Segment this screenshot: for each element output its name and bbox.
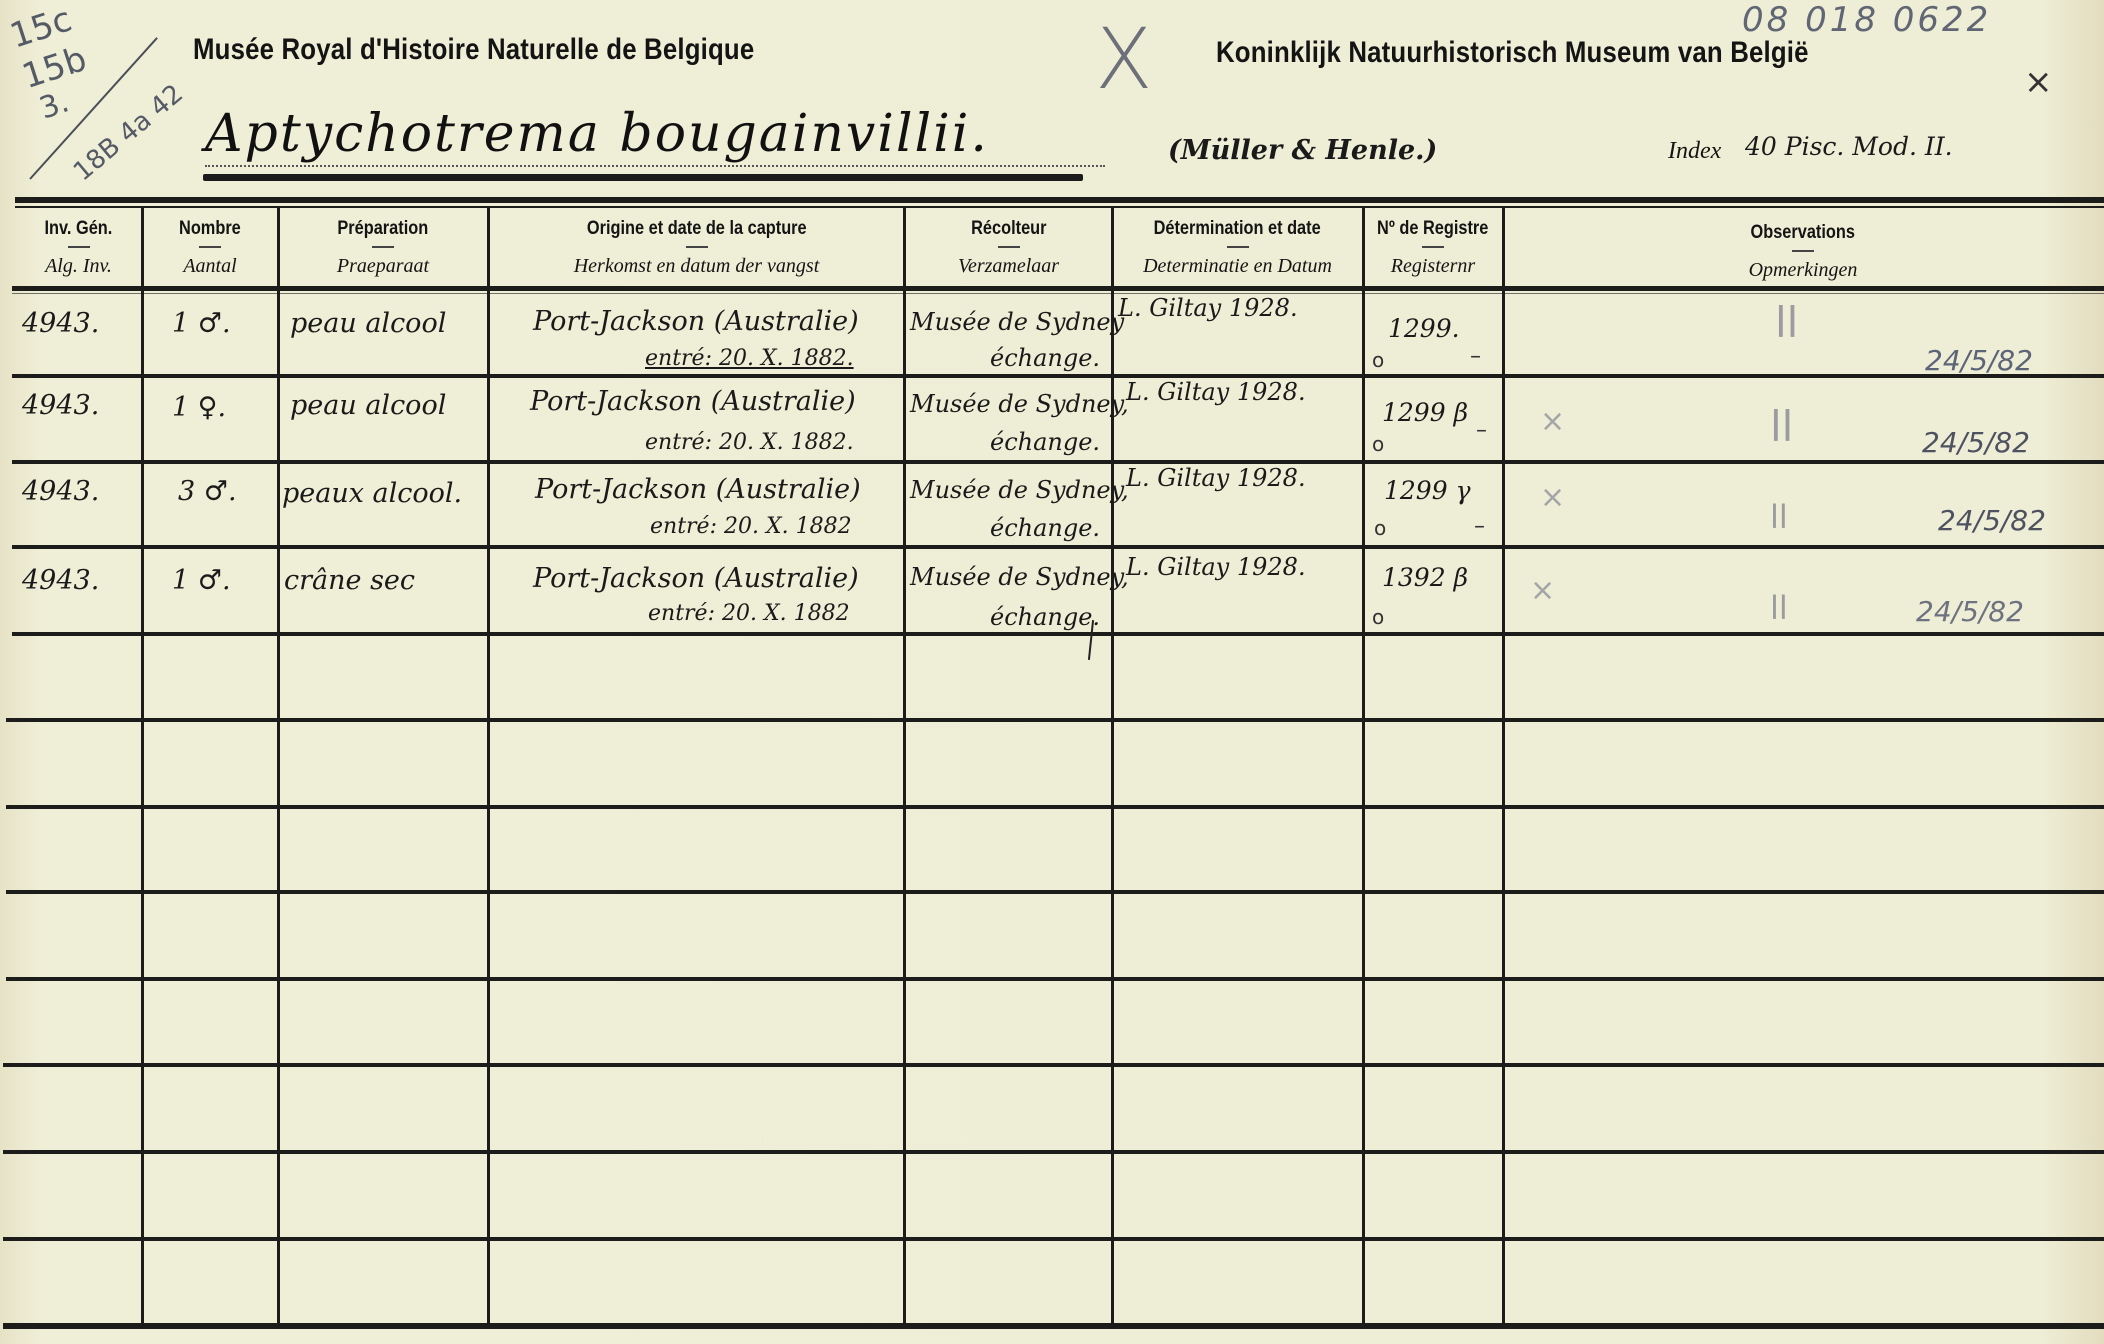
register-number: 1299 β — [1382, 398, 1468, 427]
collector-note: échange. — [990, 603, 1100, 631]
specimen-count: 1 ♂. — [172, 565, 231, 596]
specimen-count: 3 ♂. — [178, 476, 237, 507]
header-separator — [1227, 246, 1249, 248]
table-row: 4943. 1 ♀. peau alcool Port-Jackson (Aus… — [0, 378, 2104, 460]
column-header-count: Nombre Aantal — [142, 218, 278, 278]
inv-number: 4943. — [22, 390, 99, 421]
species-author: (Müller & Henle.) — [1168, 135, 1437, 166]
determination: L. Giltay 1928. — [1126, 464, 1306, 492]
header-separator — [68, 246, 90, 248]
inv-number: 4943. — [22, 308, 99, 339]
register-circle-mark: o — [1372, 605, 1384, 629]
origin-date: entré: 20. X. 1882 — [648, 601, 850, 626]
column-header-register: Nº de Registre Registernr — [1363, 218, 1503, 278]
register-dash-mark: – — [1470, 344, 1481, 369]
register-circle-mark: o — [1374, 516, 1386, 540]
column-header-observations: Observations Opmerkingen — [1503, 222, 2103, 282]
collector-note: échange. — [990, 344, 1100, 372]
row-rule — [6, 977, 2104, 981]
collector-note: échange. — [990, 514, 1100, 542]
collector: Musée de Sydney, — [910, 390, 1129, 418]
species-dotted-line — [205, 165, 1105, 167]
header-separator — [199, 246, 221, 248]
header-separator — [1422, 246, 1444, 248]
origin-date: entré: 20. X. 1882. — [645, 346, 854, 371]
margin-note-3: 3. — [35, 84, 73, 126]
column-header-inv-nl: Alg. Inv. — [15, 254, 142, 278]
row-rule — [6, 890, 2104, 894]
index-value: 40 Pisc. Mod. II. — [1745, 132, 1953, 161]
inv-number: 4943. — [22, 476, 99, 507]
collector: Musée de Sydney, — [910, 563, 1129, 591]
header-separator — [998, 246, 1020, 248]
specimen-count: 1 ♀. — [172, 392, 226, 423]
observation-ticks: ll — [1770, 498, 1788, 536]
origin-location: Port-Jackson (Australie) — [533, 563, 859, 594]
table-top-rule — [15, 197, 2104, 203]
column-header-observations-fr: Observations — [1751, 222, 1855, 245]
origin-date: entré: 20. X. 1882 — [650, 514, 852, 539]
row-rule — [12, 632, 2104, 636]
column-header-observations-nl: Opmerkingen — [1503, 258, 2103, 282]
column-header-determination-nl: Determinatie en Datum — [1112, 254, 1363, 278]
species-name: Aptychotrema bougainvillii. — [205, 104, 989, 164]
row-rule — [3, 1237, 2104, 1241]
observation-date: 24/5/82 — [1938, 504, 2046, 537]
column-header-preparation: Préparation Praeparaat — [278, 218, 488, 278]
institution-title-nl: Koninklijk Natuurhistorisch Museum van B… — [1216, 36, 1809, 70]
index-label: Index — [1668, 138, 1721, 165]
column-header-origin-fr: Origine et date de la capture — [587, 218, 807, 241]
register-circle-mark: o — [1372, 348, 1384, 372]
column-header-collector-nl: Verzamelaar — [905, 254, 1112, 278]
preparation: peau alcool — [290, 390, 446, 421]
table-row: 4943. 1 ♂. crâne sec Port-Jackson (Austr… — [0, 549, 2104, 632]
column-header-origin: Origine et date de la capture Herkomst e… — [488, 218, 905, 278]
column-header-determination-fr: Détermination et date — [1154, 218, 1321, 241]
row-rule — [6, 718, 2104, 722]
collector-note: échange. — [990, 428, 1100, 456]
column-header-collector-fr: Récolteur — [971, 218, 1046, 241]
observation-ticks: ll — [1775, 298, 1798, 347]
row-rule — [3, 1063, 2104, 1067]
observation-ticks: ll — [1770, 402, 1793, 451]
catalog-number: 08 018 0622 — [1742, 0, 1991, 40]
column-header-register-fr: Nº de Registre — [1377, 218, 1488, 241]
x-mark-right: × — [2024, 62, 2053, 102]
preparation: peaux alcool. — [282, 478, 462, 509]
determination: L. Giltay 1928. — [1126, 378, 1306, 406]
header-separator — [1792, 250, 1814, 252]
column-header-origin-nl: Herkomst en datum der vangst — [488, 254, 905, 278]
observation-date: 24/5/82 — [1922, 426, 2030, 459]
observation-date: 24/5/82 — [1916, 595, 2024, 628]
column-header-inv: Inv. Gén. Alg. Inv. — [15, 218, 142, 278]
table-bottom-rule — [3, 1323, 2104, 1329]
register-circle-mark: o — [1372, 432, 1384, 456]
column-header-inv-fr: Inv. Gén. — [45, 218, 113, 241]
origin-location: Port-Jackson (Australie) — [530, 386, 856, 417]
column-header-preparation-fr: Préparation — [338, 218, 429, 241]
origin-date: entré: 20. X. 1882. — [645, 430, 854, 455]
header-separator — [372, 246, 394, 248]
origin-location: Port-Jackson (Australie) — [533, 306, 859, 337]
observation-x-mark: × — [1530, 573, 1555, 608]
row-rule — [3, 1150, 2104, 1154]
table-top-rule-thin — [15, 206, 2104, 208]
inv-number: 4943. — [22, 565, 99, 596]
institution-title-fr: Musée Royal d'Histoire Naturelle de Belg… — [193, 33, 754, 67]
observation-date: 24/5/82 — [1925, 344, 2033, 377]
specimen-index-card: 15c 15b 3. 18B 4a 42 Musée Royal d'Histo… — [0, 0, 2104, 1344]
observation-ticks: ll — [1770, 589, 1788, 627]
pencil-x-mark: X — [1095, 10, 1153, 108]
column-header-count-fr: Nombre — [179, 218, 241, 241]
column-header-register-nl: Registernr — [1363, 254, 1503, 278]
register-dash-mark: – — [1476, 418, 1487, 443]
preparation: peau alcool — [290, 308, 446, 339]
determination: L. Giltay 1928. — [1118, 294, 1298, 322]
observation-x-mark: × — [1540, 404, 1565, 439]
header-separator — [686, 246, 708, 248]
column-header-count-nl: Aantal — [142, 254, 278, 278]
species-underline — [203, 174, 1083, 181]
collector: Musée de Sydney — [910, 308, 1124, 336]
register-dash-mark: – — [1474, 514, 1485, 539]
observation-x-mark: × — [1540, 480, 1565, 515]
table-row: 4943. 1 ♂. peau alcool Port-Jackson (Aus… — [0, 294, 2104, 374]
table-row: 4943. 3 ♂. peaux alcool. Port-Jackson (A… — [0, 464, 2104, 545]
column-header-determination: Détermination et date Determinatie en Da… — [1112, 218, 1363, 278]
register-number: 1392 β — [1382, 563, 1468, 592]
column-header-preparation-nl: Praeparaat — [278, 254, 488, 278]
register-number: 1299 γ — [1384, 476, 1471, 505]
specimen-count: 1 ♂. — [172, 308, 231, 339]
origin-location: Port-Jackson (Australie) — [535, 474, 861, 505]
column-header-collector: Récolteur Verzamelaar — [905, 218, 1112, 278]
row-rule — [6, 805, 2104, 809]
collector: Musée de Sydney, — [910, 476, 1129, 504]
register-number: 1299. — [1388, 314, 1460, 343]
determination: L. Giltay 1928. — [1126, 553, 1306, 581]
header-bottom-rule — [12, 286, 2104, 291]
margin-note-18b: 18B 4a 42 — [68, 79, 189, 187]
preparation: crâne sec — [284, 565, 415, 596]
